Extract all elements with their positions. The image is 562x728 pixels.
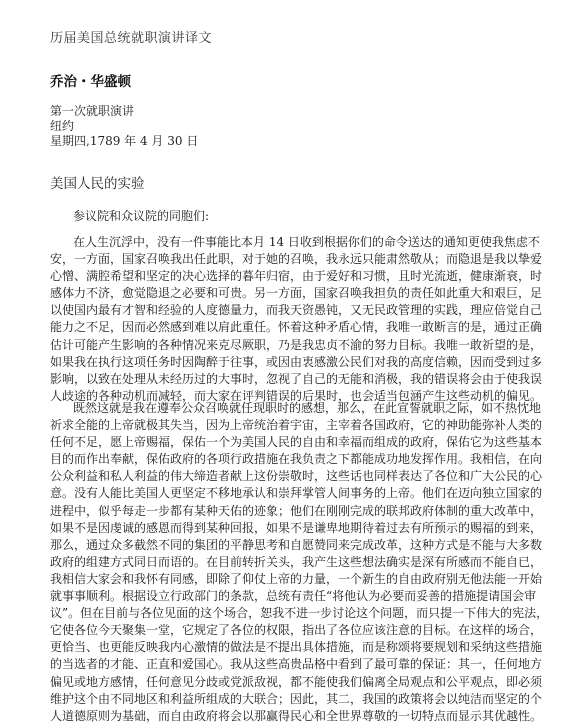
paragraph-line: 如果不是因虔诚的感恩而得到某种回报，如果不是谦卑地期待着过去有所预示的赐福的到来… <box>50 520 516 537</box>
paragraph-line: 议”。但在目前与各位见面的这个场合，恕我不进一步讨论这个问题，而只提一下伟大的宪… <box>50 605 516 622</box>
paragraph-line: 那么，通过众多截然不同的集团的平静思考和自愿赞同来完成改革，这种方式是不能与大多… <box>50 537 516 554</box>
paragraph-line: 能力之不足，因而必然感到难以肩此重任。怀着这种矛盾心情，我唯一敢断言的是，通过正… <box>50 319 516 336</box>
paragraph-line: 安，一方面，国家召唤我出任此职，对于她的召唤，我永远只能肃然敬从；而隐退是我以挚… <box>50 251 516 268</box>
paragraph-line: 维护这个由不同地区和利益所组成的大联合；因此，其二，我国的政策将会以纯洁而坚定的… <box>50 691 516 708</box>
paragraph-line: 进程中，似乎每走一步都有某种天佑的迹象；他们在刚刚完成的联邦政府体制的重大改革中… <box>50 503 516 520</box>
paragraph-line: 更恰当、也更能反映我内心激情的做法是不提出具体措施，而是称颂将要规划和采纳这些措… <box>50 639 516 656</box>
speech-name: 第一次就职演讲 <box>50 104 198 119</box>
series-title: 历届美国总统就职演讲译文 <box>50 27 212 46</box>
paragraph-line: 公众利益和私人利益的伟大缔造者献上这份崇敬时，这些话也同样表达了各位和广大公民的… <box>50 468 516 485</box>
paragraph-1: 在人生沉浮中，没有一件事能比本月 14 日收到根据你们的命令送达的通知更使我焦虑… <box>50 234 516 405</box>
paragraph-line: 意。没有人能比美国人更坚定不移地承认和崇拜掌管人间事务的上帝。他们在迈向独立国家… <box>50 485 516 502</box>
speech-date: 星期四,1789 年 4 月 30 日 <box>50 134 198 149</box>
speech-meta: 第一次就职演讲 纽约 星期四,1789 年 4 月 30 日 <box>50 104 198 149</box>
paragraph-line: 的当选者的才能、正直和爱国心。我从这些高贵品格中看到了最可靠的保证：其一，任何地… <box>50 656 516 673</box>
paragraph-line: 我相信大家会和我怀有同感，即除了仰仗上帝的力量，一个新生的自由政府别无他法能一开… <box>50 571 516 588</box>
section-title: 美国人民的实验 <box>50 172 145 192</box>
paragraph-2: 既然这就是我在遵奉公众召唤就任现职时的感想，那么，在此宣誓就职之际，如不热忱地 … <box>50 400 516 725</box>
paragraph-line: 估计可能产生影响的各种情况来克尽厥职，乃是我忠贞不渝的努力目标。我唯一敢祈望的是… <box>50 337 516 354</box>
salutation: 参议院和众议院的同胞们: <box>73 207 209 224</box>
paragraph-line: 感体力不济，愈觉隐退之必要和可贵。另一方面，国家召唤我担负的责任如此重大和艰巨，… <box>50 285 516 302</box>
paragraph-line: 任何不足，愿上帝赐福，保佑一个为美国人民的自由和幸福而组成的政府，保佑它为这些基… <box>50 434 516 451</box>
speech-location: 纽约 <box>50 119 198 134</box>
paragraph-line: 偏见或地方感情，任何意见分歧或党派敌视，都不能使我们偏离全局观点和公平观点，即必… <box>50 674 516 691</box>
paragraph-line: 心憎、满腔希望和坚定的决心选择的暮年归宿，由于爱好和习惯，且时光流逝，健康渐衰，… <box>50 268 516 285</box>
paragraph-line: 既然这就是我在遵奉公众召唤就任现职时的感想，那么，在此宣誓就职之际，如不热忱地 <box>50 400 516 417</box>
paragraph-line: 祈求全能的上帝就极其失当，因为上帝统治着宇宙，主宰着各国政府，它的神助能弥补人类… <box>50 417 516 434</box>
paragraph-line: 它使各位今天聚集一堂，它规定了各位的权限，指出了各位应该注意的目标。在这样的场合… <box>50 622 516 639</box>
president-name: 乔治・华盛顿 <box>50 70 131 90</box>
paragraph-line: 政府的组建方式同日而语的。在目前转折关头，我产生这些想法确实是深有所感而不能自已… <box>50 554 516 571</box>
paragraph-line: 以使国内最有才智和经验的人度德量力，而我天资愚钝，又无民政管理的实践，理应倍觉自… <box>50 302 516 319</box>
paragraph-line: 目的而作出奉献，保佑政府的各项行政措施在我负责之下都能成功地发挥作用。我相信，在… <box>50 451 516 468</box>
document-page: 历届美国总统就职演讲译文 乔治・华盛顿 第一次就职演讲 纽约 星期四,1789 … <box>0 0 562 728</box>
paragraph-line: 在人生沉浮中，没有一件事能比本月 14 日收到根据你们的命令送达的通知更使我焦虑… <box>50 234 516 251</box>
paragraph-line: 就事事顺利。根据设立行政部门的条款，总统有责任“将他认为必要而妥善的措施提请国会… <box>50 588 516 605</box>
paragraph-line: 如果我在执行这项任务时因陶醉于往事，或因由衷感激公民们对我的高度信赖，因而受到过… <box>50 354 516 371</box>
paragraph-line: 人道德原则为基础，而自由政府将会以那赢得民心和全世界尊敬的一切特点而显示其优越性… <box>50 708 516 725</box>
paragraph-line: 影响，以致在处理从未经历过的大事时，忽视了自己的无能和消极，我的错误将会由于使我… <box>50 371 516 388</box>
